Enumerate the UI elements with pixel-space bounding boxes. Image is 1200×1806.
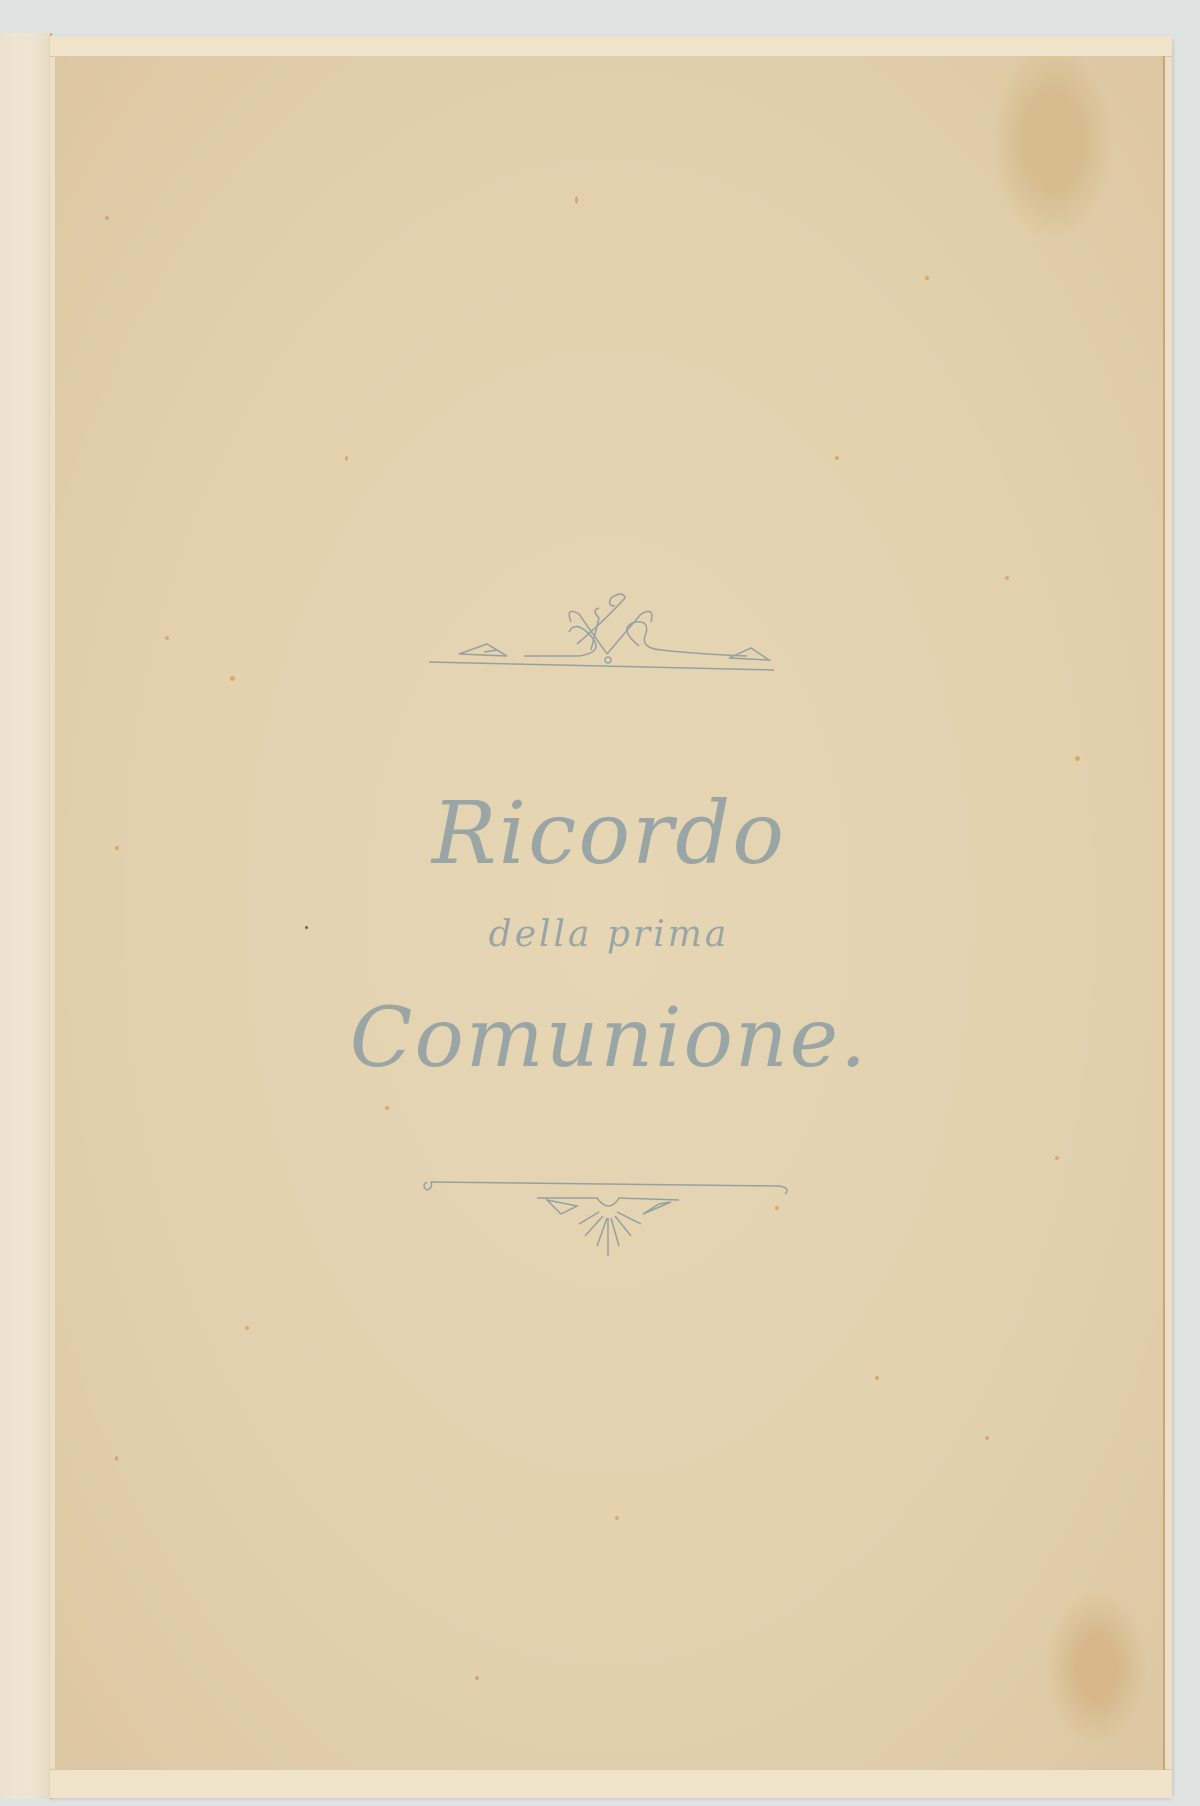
title-ricordo: Ricordo xyxy=(55,784,1163,884)
sunburst-rule-ornament xyxy=(55,1176,1163,1256)
scroll-flourish-ornament xyxy=(55,592,1163,672)
folded-cover-edge xyxy=(0,33,52,1799)
frame-bottom-border xyxy=(50,1769,1172,1798)
title-comunione: Comunione. xyxy=(55,991,1163,1086)
title-della-prima: della prima xyxy=(55,914,1163,955)
card-page: Ricordo della prima Comunione. xyxy=(55,56,1165,1770)
frame-top-border xyxy=(50,36,1172,57)
